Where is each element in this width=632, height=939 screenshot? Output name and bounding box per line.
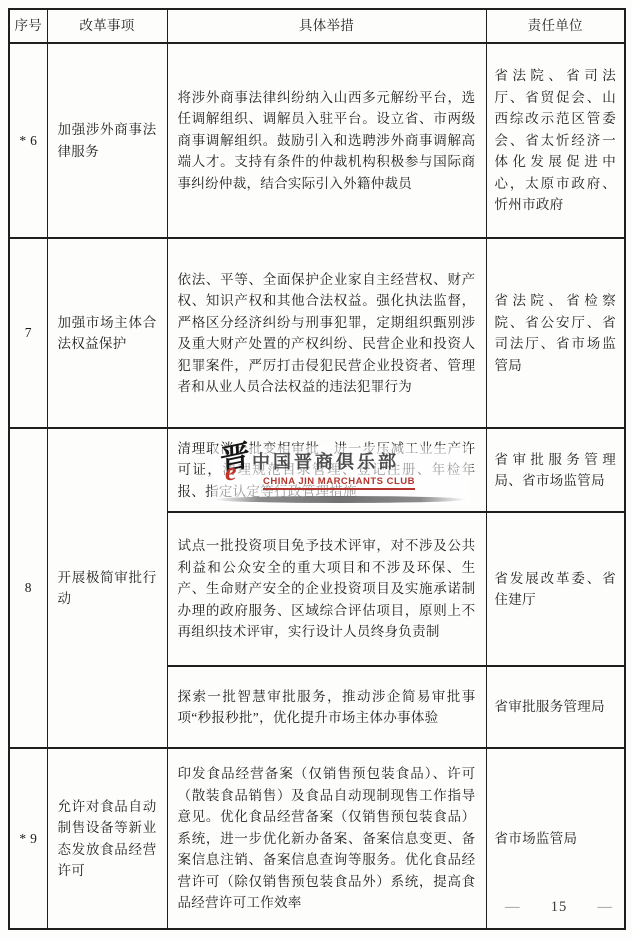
- measure-text: 探索一批智慧审批服务，推动涉企简易审批事项“秒报秒批”，优化提升市场主体办事体验: [167, 666, 486, 748]
- measure-text: 清理取消一批变相审批，进一步压减工业生产许可证，清理规范目录管理、登记注册、年检…: [167, 428, 486, 512]
- document-page: 序号 改革事项 具体举措 责任单位 * 6 加强涉外商事法律服务 将涉外商事法律…: [0, 0, 632, 939]
- serial-number: 7: [9, 238, 47, 428]
- reform-item: 加强涉外商事法律服务: [47, 43, 167, 238]
- measure-text: 将涉外商事法律纠纷纳入山西多元解纷平台，选任调解组织、调解员入驻平台。设立省、市…: [167, 43, 486, 238]
- responsible-unit: 省审批服务管理局、省市场监管局: [486, 428, 625, 512]
- responsible-unit: 省法院、省检察院、省公安厅、省司法厅、省市场监管局: [486, 238, 625, 428]
- responsible-unit: 省审批服务管理局: [486, 666, 625, 748]
- table-header-row: 序号 改革事项 具体举措 责任单位: [9, 9, 625, 43]
- footer-dash-right: —: [598, 899, 614, 916]
- responsible-unit: 省法院、省司法厅、省贸促会、山西综改示范区管委会、省太忻经济一体化发展促进中心，…: [486, 43, 625, 238]
- reform-measures-table: 序号 改革事项 具体举措 责任单位 * 6 加强涉外商事法律服务 将涉外商事法律…: [8, 8, 626, 930]
- serial-number: * 6: [9, 43, 47, 238]
- measure-text: 试点一批投资项目免予技术评审，对不涉及公共利益和公众安全的重大项目和不涉及环保、…: [167, 512, 486, 666]
- page-number: 15: [551, 899, 568, 916]
- col-header-reform-item: 改革事项: [47, 9, 167, 43]
- table-row: 7 加强市场主体合法权益保护 依法、平等、全面保护企业家自主经营权、财产权、知识…: [9, 238, 625, 428]
- reform-item: 允许对食品自动制售设备等新业态发放食品经营许可: [47, 748, 167, 929]
- col-header-serial: 序号: [9, 9, 47, 43]
- responsible-unit: 省发展改革委、省住建厅: [486, 512, 625, 666]
- reform-item: 开展极简审批行动: [47, 428, 167, 748]
- serial-number: 8: [9, 428, 47, 748]
- table-row: * 6 加强涉外商事法律服务 将涉外商事法律纠纷纳入山西多元解纷平台，选任调解组…: [9, 43, 625, 238]
- measure-text: 印发食品经营备案（仅销售预包装食品）、许可（散装食品销售）及食品自动现制现售工作…: [167, 748, 486, 929]
- reform-item: 加强市场主体合法权益保护: [47, 238, 167, 428]
- serial-number: * 9: [9, 748, 47, 929]
- col-header-measures: 具体举措: [167, 9, 486, 43]
- page-number-footer: — 15 —: [505, 899, 613, 916]
- col-header-responsible-unit: 责任单位: [486, 9, 625, 43]
- table-row: 8 开展极简审批行动 清理取消一批变相审批，进一步压减工业生产许可证，清理规范目…: [9, 428, 625, 512]
- footer-dash-left: —: [505, 899, 521, 916]
- measure-text: 依法、平等、全面保护企业家自主经营权、财产权、知识产权和其他合法权益。强化执法监…: [167, 238, 486, 428]
